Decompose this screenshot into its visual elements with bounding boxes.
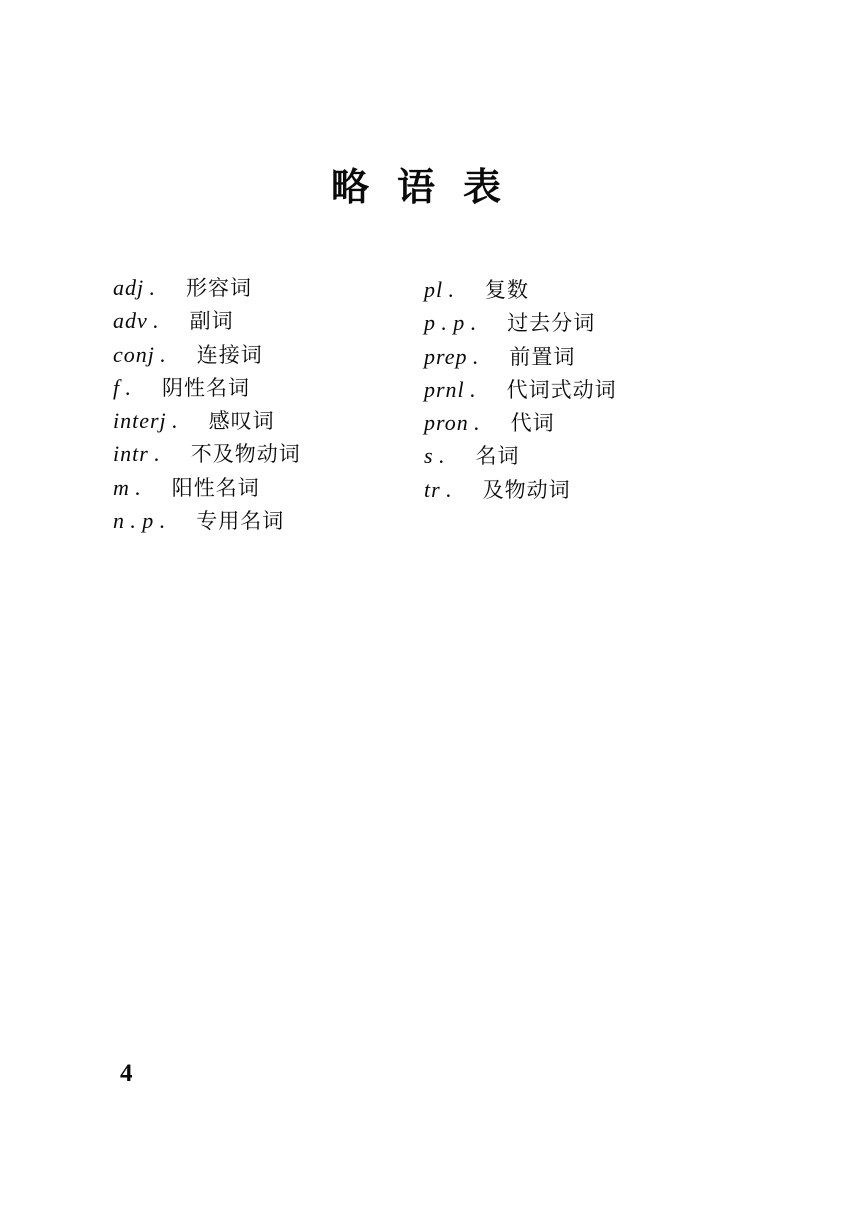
abbreviation-row: intr . 不及物动词 xyxy=(113,438,301,471)
abbreviation-row: conj . 连接词 xyxy=(113,339,301,372)
abbreviation-row: tr . 及物动词 xyxy=(424,474,617,507)
abbreviation-definition: 前置词 xyxy=(509,341,575,371)
page-title: 略语表 xyxy=(331,168,529,208)
abbreviation-definition: 副词 xyxy=(190,305,234,335)
abbreviation-term: m . xyxy=(113,475,142,501)
abbreviation-term: adj . xyxy=(113,275,156,301)
abbreviation-row: s . 名词 xyxy=(424,440,617,473)
abbreviation-definition: 形容词 xyxy=(186,272,252,302)
abbreviation-term: interj . xyxy=(113,408,179,434)
abbreviation-row: n . p . 专用名词 xyxy=(113,505,301,538)
abbreviation-definition: 过去分词 xyxy=(507,307,595,337)
abbreviation-definition: 代词式动词 xyxy=(507,374,617,404)
abbreviation-row: prnl . 代词式动词 xyxy=(424,374,617,407)
abbreviation-row: p . p . 过去分词 xyxy=(424,307,617,340)
abbreviation-row: m . 阳性名词 xyxy=(113,472,301,505)
abbreviation-term: prnl . xyxy=(424,377,477,403)
abbreviation-definition: 专用名词 xyxy=(196,505,284,535)
abbreviation-definition: 及物动词 xyxy=(483,474,571,504)
page-number: 4 xyxy=(120,1060,133,1088)
abbreviation-term: n . p . xyxy=(113,508,166,534)
abbreviation-row: adj . 形容词 xyxy=(113,272,301,305)
abbreviation-term: p . p . xyxy=(424,310,477,336)
abbreviation-definition: 复数 xyxy=(485,274,529,304)
abbreviation-definition: 感叹词 xyxy=(209,405,275,435)
abbreviation-list-left-column: adj . 形容词 adv . 副词 conj . 连接词 f . 阴性名词 i… xyxy=(113,272,301,538)
abbreviation-term: f . xyxy=(113,375,132,401)
abbreviation-term: tr . xyxy=(424,477,453,503)
abbreviation-row: pron . 代词 xyxy=(424,407,617,440)
abbreviation-list-right-column: pl . 复数 p . p . 过去分词 prep . 前置词 prnl . 代… xyxy=(424,274,617,507)
abbreviation-definition: 不及物动词 xyxy=(191,438,301,468)
abbreviation-term: pl . xyxy=(424,277,455,303)
abbreviation-term: s . xyxy=(424,443,445,469)
abbreviation-definition: 名词 xyxy=(475,440,519,470)
abbreviation-row: adv . 副词 xyxy=(113,305,301,338)
abbreviation-term: intr . xyxy=(113,441,161,467)
abbreviation-term: adv . xyxy=(113,308,160,334)
abbreviation-row: f . 阴性名词 xyxy=(113,372,301,405)
abbreviation-row: pl . 复数 xyxy=(424,274,617,307)
abbreviation-definition: 连接词 xyxy=(197,339,263,369)
abbreviation-definition: 阴性名词 xyxy=(162,372,250,402)
abbreviation-term: prep . xyxy=(424,344,479,370)
abbreviation-definition: 代词 xyxy=(511,407,555,437)
abbreviation-term: pron . xyxy=(424,410,481,436)
abbreviation-definition: 阳性名词 xyxy=(172,472,260,502)
abbreviation-row: prep . 前置词 xyxy=(424,341,617,374)
scanned-book-page: 略语表 adj . 形容词 adv . 副词 conj . 连接词 f . 阴性… xyxy=(0,0,852,1205)
abbreviation-row: interj . 感叹词 xyxy=(113,405,301,438)
abbreviation-term: conj . xyxy=(113,342,167,368)
